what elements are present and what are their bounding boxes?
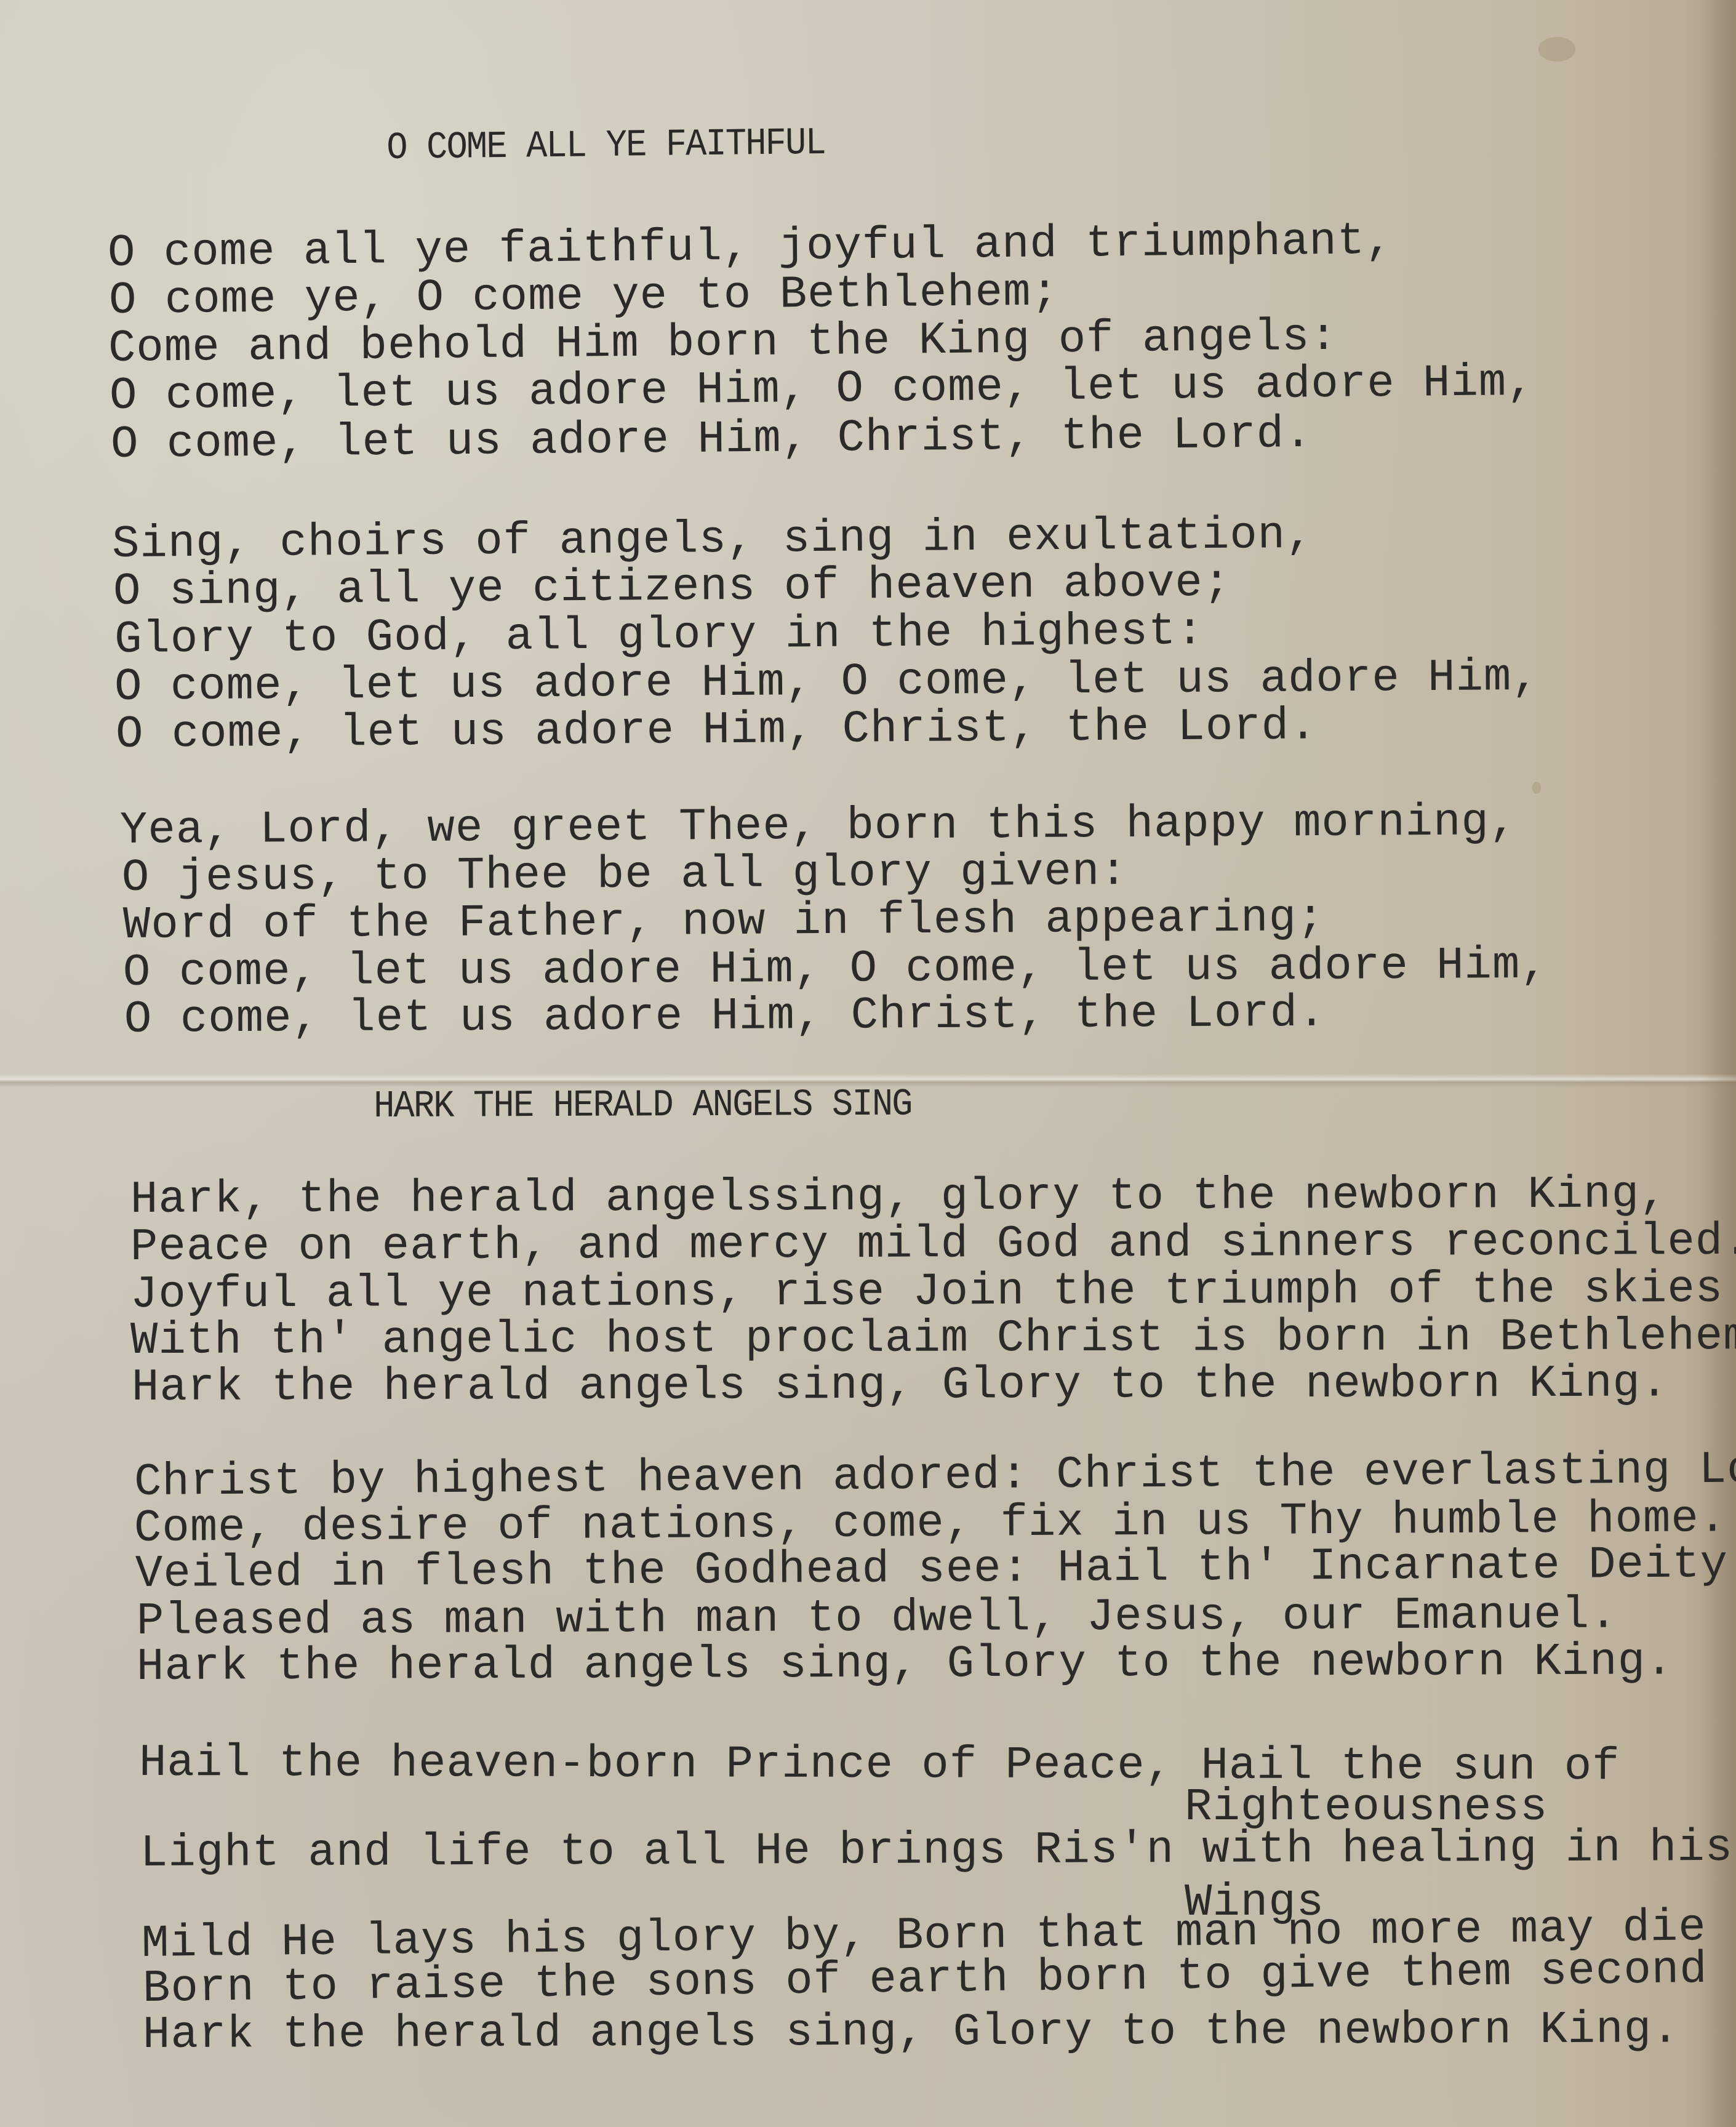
verse-line: With th' angelic host proclaim Christ is… (130, 1314, 1736, 1364)
verse-line: Hark the herald angels sing, Glory to th… (132, 1361, 1669, 1411)
hymn-sheet: O COME ALL YE FAITHFUL O come all ye fai… (0, 0, 1736, 2127)
verse-line: Joyful all ye nations, rise Join the tri… (130, 1267, 1723, 1318)
verse-line: Light and life to all He brings Ris'n wi… (140, 1825, 1733, 1877)
hymn-title: HARK THE HERALD ANGELS SING (374, 1083, 912, 1128)
hymn-hark-the-herald-angels-sing: HARK THE HERALD ANGELS SING Hark, the he… (0, 0, 1736, 2127)
verse-line: Hark the herald angels sing, Glory to th… (137, 1639, 1674, 1690)
verse-line: Hark, the herald angelssing, glory to th… (130, 1172, 1668, 1223)
verse-line: Veiled in flesh the Godhead see: Hail th… (135, 1542, 1729, 1597)
verse-line: Hark the herald angels sing, Glory to th… (143, 2007, 1680, 2058)
verse-line: Peace on earth, and mercy mild God and s… (130, 1219, 1736, 1270)
